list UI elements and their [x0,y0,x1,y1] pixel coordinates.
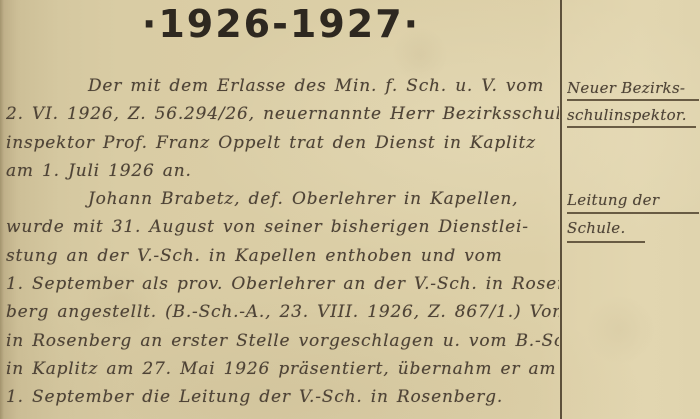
main-text-column: Der mit dem Erlasse des Min. f. Sch. u. … [6,76,559,419]
text-line: inspektor Prof. Franz Oppelt trat den Di… [6,133,559,161]
text-line: Der mit dem Erlasse des Min. f. Sch. u. … [6,76,559,104]
text-line: in Rosenberg an erster Stelle vorgeschla… [6,331,559,359]
page-title-year-range: ·1926-1927· [0,3,562,45]
text-line: in Kaplitz am 27. Mai 1926 präsentiert, … [6,359,559,387]
margin-note-line: schulinspektor. [567,106,696,128]
margin-note-line: Schule. [567,219,645,243]
text-line: 2. VI. 1926, Z. 56.294/26, neuernannte H… [6,104,559,132]
margin-note-line: Neuer Bezirks- [567,79,699,101]
text-line: stung an der V.-Sch. in Kapellen enthobe… [6,246,559,274]
text-line: wurde mit 31. August von seiner bisherig… [6,217,559,245]
text-line: 1. September als prov. Oberlehrer an der… [6,274,559,302]
text-line: am 1. Juli 1926 an. [6,161,559,189]
text-line: 1. September die Leitung der V.-Sch. in … [6,387,559,415]
margin-rule [560,0,562,419]
chronicle-page: ·1926-1927· Der mit dem Erlasse des Min.… [0,0,700,419]
margin-note-line: Leitung der [567,191,699,214]
text-line: Johann Brabetz, def. Oberlehrer in Kapel… [6,189,559,217]
text-line: berg angestellt. (B.-Sch.-A., 23. VIII. … [6,302,559,330]
